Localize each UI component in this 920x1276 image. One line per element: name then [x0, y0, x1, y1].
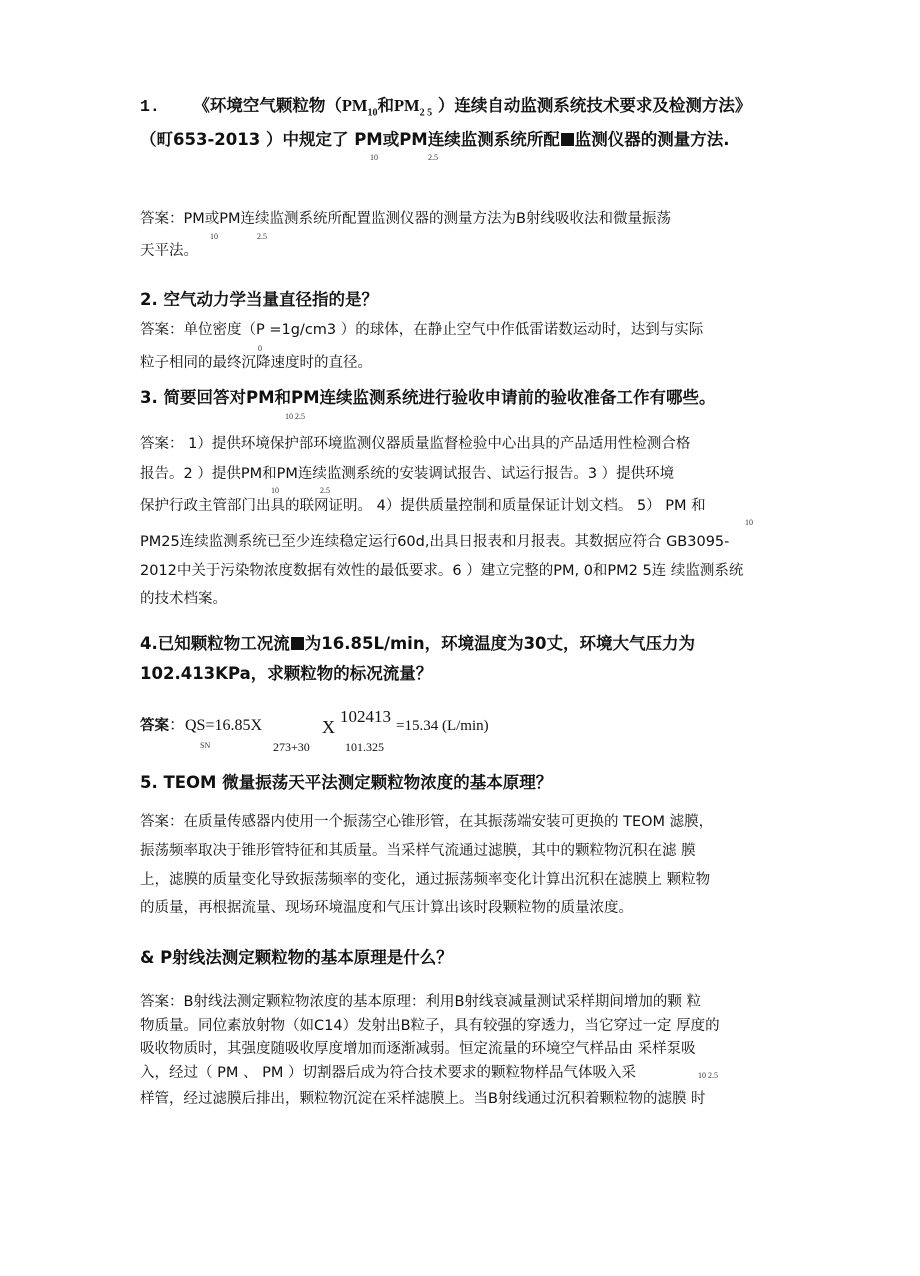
pm-label: PM: [342, 96, 368, 115]
subscript: 10: [745, 518, 753, 527]
missing-glyph-block-icon: [291, 637, 304, 650]
question-1-answer-line-1: 答案：PM或PM连续监测系统所配置监测仪器的测量方法为B射线吸收法和微量振荡: [140, 212, 671, 227]
question-6-answer-line-4: 入，经过（ PM 、 PM ）切割器后成为符合技术要求的颗粒物样品气体吸入采: [140, 1066, 636, 1081]
title-text: ）连续自动监测系统技术要求及检测方法》: [432, 96, 751, 115]
question-5-answer-line-3: 上，滤膜的质量变化导致振荡频率的变化，通过振荡频率变化计算出沉积在滤膜上 颗粒物: [140, 873, 710, 888]
question-3-answer-line-2: 报告。2 ）提供PM和PM连续监测系统的安装调试报告、试运行报告。3 ）提供环境: [140, 467, 674, 482]
title-text: 为16.85L/min，环境温度为30丈，环境大气压力为: [305, 634, 695, 653]
question-6-title: & P射线法测定颗粒物的基本原理是什么？: [140, 950, 453, 967]
subscript: SN: [200, 741, 210, 750]
question-6-answer-line-1: 答案：B射线法测定颗粒物浓度的基本原理：利用B射线衰减量测试采样期间增加的颗 粒: [140, 995, 701, 1010]
question-6-answer-line-3: 吸收物质时，其强度随吸收厚度增加而逐渐减弱。恒定流量的环境空气样品由 采样泵吸: [140, 1042, 696, 1057]
question-3-title: 3. 简要回答对PM和PM连续监测系统进行验收申请前的验收准备工作有哪些。: [140, 390, 716, 407]
question-5-title: 5. TEOM 微量振荡天平法测定颗粒物浓度的基本原理？: [140, 775, 552, 792]
subscript: 2.5: [428, 153, 438, 162]
question-3-answer-line-4: PM25连续监测系统已至少连续稳定运行60d,出具日报表和月报表。其数据应符合 …: [140, 535, 729, 550]
question-4-title-line-1: 4.已知颗粒物工况流为16.85L/min，环境温度为30丈，环境大气压力为: [140, 636, 695, 653]
missing-glyph-block-icon: [561, 133, 574, 146]
question-6-answer-line-2: 物质量。同位素放射物（如C14）发射出B粒子，具有较强的穿透力，当它穿过一定 厚…: [140, 1019, 720, 1034]
question-4-title-line-2: 102.413KPa，求颗粒物的标况流量？: [140, 666, 432, 683]
title-text: 监测仪器的测量方法.: [575, 130, 730, 149]
subscript: 10: [210, 232, 218, 241]
question-3-answer-line-5: 2012中关于污染物浓度数据有效性的最低要求。6 ）建立完整的PM, 0和PM2…: [140, 564, 743, 579]
subscript: 10: [370, 153, 378, 162]
question-3-answer-line-1: 答案： 1）提供环境保护部环境监测仪器质量监督检验中心出具的产品适用性检测合格: [140, 437, 690, 452]
formula-multiply: X: [322, 718, 335, 736]
question-2-title: 2. 空气动力学当量直径指的是？: [140, 292, 378, 309]
subscript: 2.5: [320, 486, 330, 495]
answer-label: 答案: [140, 718, 169, 734]
title-text: 4.已知颗粒物工况流: [140, 634, 290, 653]
question-6-answer-line-5: 样管，经过滤膜后排出，颗粒物沉淀在采样滤膜上。当B射线通过沉积着颗粒物的滤膜 时: [140, 1092, 706, 1107]
question-5-answer-line-4: 的质量，再根据流量、现场环境温度和气压计算出该时段颗粒物的质量浓度。: [140, 901, 633, 916]
subscript: 2.5: [257, 232, 267, 241]
title-text: 和PM: [377, 96, 419, 115]
question-5-answer-line-1: 答案：在质量传感器内使用一个振荡空心锥形管，在其振荡端安装可更换的 TEOM 滤…: [140, 815, 713, 830]
question-1-answer-line-2: 天平法。: [140, 244, 198, 259]
formula-result: =15.34 (L/min): [396, 719, 489, 734]
formula-denominator: 101.325: [345, 741, 384, 753]
title-text: （町653-2013 ）中规定了 PM或PM连续监测系统所配: [140, 130, 560, 149]
subscript: 10: [271, 486, 279, 495]
question-1-title-line-1: 1. 《环境空气颗粒物（PM10和PM2 5 ）连续自动监测系统技术要求及检测方…: [140, 98, 751, 118]
subscript: 10 2.5: [285, 412, 305, 421]
question-2-answer-line-1: 答案：单位密度（P =1g/cm3 ）的球体，在静止空气中作低雷诺数运动时，达到…: [140, 323, 703, 338]
subscript: 10 2.5: [698, 1071, 718, 1080]
question-3-answer-line-6: 的技术档案。: [140, 592, 227, 607]
question-4-answer-formula: 答案：QS=16.85X: [140, 718, 262, 734]
question-1-title-line-2: （町653-2013 ）中规定了 PM或PM连续监测系统所配监测仪器的测量方法.: [140, 132, 730, 149]
question-2-answer-line-2: 粒子相同的最终沉降速度时的直径。: [140, 356, 372, 371]
formula-text: ：QS=16.85X: [169, 717, 262, 734]
pm-subscript: 2 5: [420, 107, 433, 118]
title-text: 《环境空气颗粒物（: [193, 96, 342, 115]
subscript: 0: [258, 344, 262, 353]
question-5-answer-line-2: 振荡频率取决于锥形管特征和其质量。当采样气流通过滤膜，其中的颗粒物沉积在滤 膜: [140, 844, 696, 859]
question-3-answer-line-3: 保护行政主管部门出具的联网证明。 4）提供质量控制和质量保证计划文档。 5） P…: [140, 499, 706, 514]
formula-denominator: 273+30: [273, 741, 310, 753]
question-number: 1.: [140, 97, 160, 116]
pm-subscript: 10: [367, 107, 377, 118]
formula-numerator: 102413: [340, 708, 391, 725]
